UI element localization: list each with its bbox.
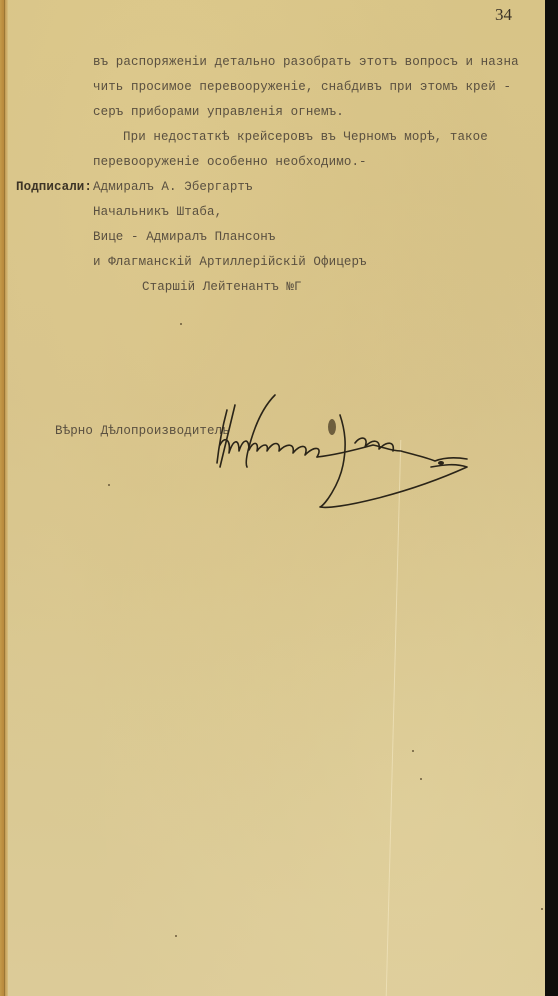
certification-label: Вѣрно Дѣлопроизводитель [55, 424, 230, 438]
paper-speck [180, 323, 182, 325]
body-line-3: серъ приборами управленiя огнемъ. [93, 105, 344, 119]
paper-fold-line [386, 440, 402, 996]
signatory-line-3: Вице - Адмиралъ Плансонъ [93, 230, 275, 244]
paper-speck [420, 778, 422, 780]
signed-label: Подписали: [16, 180, 92, 194]
body-line-1: въ распоряженiи детально разобрать этотъ… [93, 55, 519, 69]
page-number: 34 [495, 5, 512, 25]
signatory-line-1: Адмиралъ А. Эбергартъ [93, 180, 253, 194]
paragraph2-line-2: перевооруженiе особенно необходимо.- [93, 155, 367, 169]
page-binding-line [4, 0, 5, 996]
paper-speck [108, 484, 110, 486]
paragraph2-line-1: При недостаткѣ крейсеровъ въ Черномъ мор… [123, 130, 488, 144]
signatory-line-4: и Флагманскiй Артиллерiйскiй Офицеръ [93, 255, 367, 269]
handwritten-signature [205, 385, 505, 520]
signatory-line-2: Начальникъ Штаба, [93, 205, 222, 219]
body-line-2: чить просимое перевооруженiе, снабдивъ п… [93, 80, 511, 94]
paper-speck [541, 908, 543, 910]
signatory-line-5: Старшiй Лейтенантъ №Г [142, 280, 302, 294]
paper-speck [175, 935, 177, 937]
paper-speck [412, 750, 414, 752]
scan-right-border [545, 0, 558, 996]
document-page: 34 въ распоряженiи детально разобрать эт… [0, 0, 545, 996]
